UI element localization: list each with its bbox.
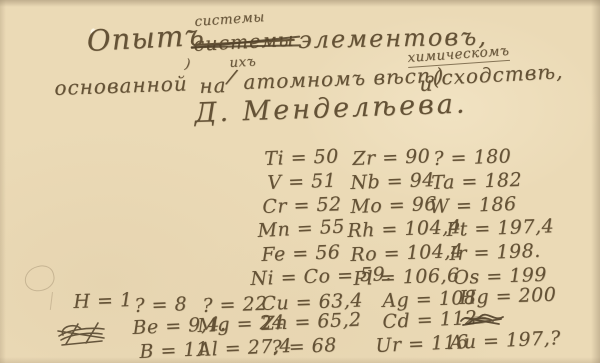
insertion-slash: / (226, 64, 239, 89)
title-word-opyt: Опытъ (86, 18, 206, 58)
manuscript-page: Опытъ системы системы элементовъ, основа… (0, 0, 600, 363)
cell-au: Au = 197,? (449, 327, 561, 354)
cell-mn: Mn = 55 (257, 215, 345, 242)
crossed-out-scribble-left (56, 317, 108, 347)
insertion-caret: ) (184, 56, 192, 73)
cell-pl: Pl = 106,6 (353, 264, 460, 290)
cell-rh: Rh = 104,4 (347, 216, 462, 242)
title-inserted-sistemy: системы (194, 9, 265, 30)
cell-zn: Zn = 65,2 (261, 309, 362, 335)
title-word-osnovannoi: основанной (54, 71, 188, 100)
author-signature: Д. Менделѣева. (194, 88, 468, 129)
cell-ro: Ro = 104,4 (350, 240, 464, 266)
cell-unknown-68: ? = 68 (271, 334, 337, 359)
cell-mo: Mo = 96 (350, 193, 437, 218)
title-struck-sistemy: системы (193, 29, 295, 56)
cell-ti: Ti = 50 (264, 145, 339, 170)
title-word-na: на (199, 73, 227, 98)
cell-fe: Fe = 56 (261, 241, 341, 266)
cell-v: V = 51 (267, 170, 337, 194)
cell-cr: Cr = 52 (262, 193, 342, 218)
crossed-out-scribble-right (459, 309, 507, 331)
cell-w: W = 186 (429, 193, 517, 218)
cell-ta: Ta = 182 (431, 169, 523, 194)
cell-pt: Pt = 197,4 (446, 215, 555, 241)
pencil-oval-mark (22, 263, 57, 295)
cell-unknown-180: ? = 180 (433, 145, 512, 170)
cell-hg: Hg = 200 (459, 284, 557, 309)
cell-zr: Zr = 90 (352, 145, 431, 170)
cell-ir: Ir = 198. (449, 240, 541, 265)
cell-nb: Nb = 94 (350, 169, 435, 194)
cell-h: H = 1 (73, 289, 133, 313)
pencil-tick-mark (50, 292, 53, 310)
cell-unknown-8: ? = 8 (134, 293, 188, 317)
